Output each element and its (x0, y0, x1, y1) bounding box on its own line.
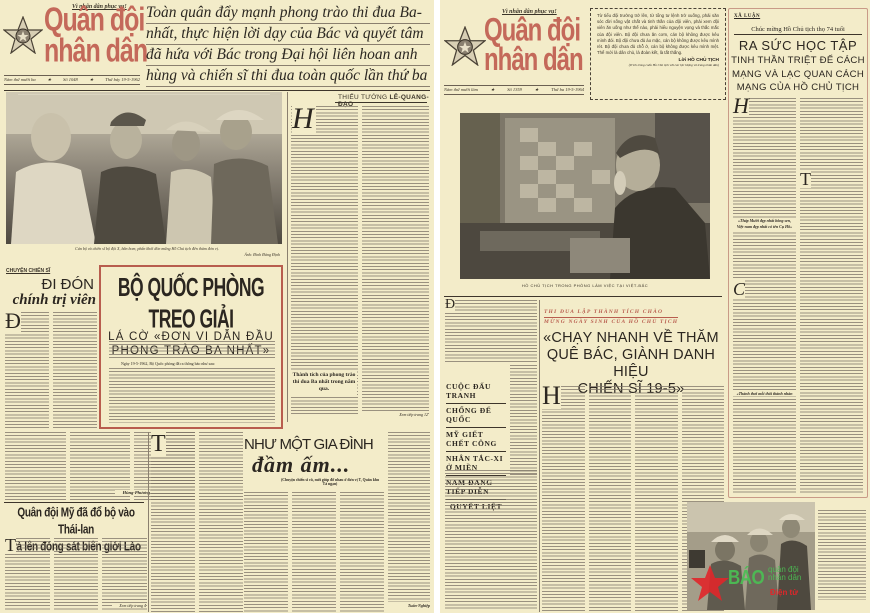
divider (4, 502, 144, 503)
feature-body (388, 432, 430, 602)
bottom-story-continued: Xem tiếp trang 4 (112, 603, 146, 608)
masthead-title-line2: nhân dân (484, 46, 583, 76)
watermark-subbrand: Điện tử (770, 588, 798, 597)
masthead-issue-number: Số 1359 (507, 87, 522, 93)
masthead-title-line2: nhân dân (44, 36, 147, 67)
masthead-dateline: Năm thứ mười ba ★ Số 1048 ★ Thứ bảy 19-5… (4, 75, 140, 85)
photo-credit: Ảnh: Đinh Đăng Định (140, 252, 280, 257)
lead-headline-line: Toàn quân đẩy mạnh phong trào thi đua Ba… (146, 3, 430, 24)
photo-ho-chi-minh-with-soldiers (6, 92, 282, 244)
editorial-headline-line2: TINH THẦN TRIỆT ĐỂ CÁCH (730, 54, 866, 68)
feature-body (151, 432, 243, 612)
editorial-label: XÃ LUẬN (734, 14, 760, 19)
announcement-body (109, 341, 275, 359)
editorial-kicker: Chúc mừng Hồ Chủ tịch thọ 74 tuổi (734, 26, 862, 35)
editorial-dropcap: H (733, 95, 749, 117)
editorial-dropcap: H (292, 104, 316, 134)
text-column (362, 106, 429, 416)
divider (4, 90, 430, 91)
column-divider (287, 92, 288, 422)
column-divider (148, 432, 149, 612)
masthead-year: Năm thứ mười ba (4, 77, 36, 83)
byline-rank: THIẾU TƯỚNG (338, 94, 387, 101)
center-story-headline-line2: QUÊ BÁC, GIÀNH DANH HIỆU (540, 347, 722, 381)
masthead-issue-number: Số 1048 (63, 77, 78, 83)
watermark-logo: BÁO quân đội nhân dân Điện tử (708, 560, 828, 608)
bottom-story-dropcap: T (5, 536, 16, 554)
column-story-dropcap: Đ (5, 310, 21, 332)
editorial-verse-2: «Thánh thơi mỗi thôi thánh nhàn (733, 391, 796, 396)
center-story-headline-line1: «CHẠY NHANH VỀ THĂM (540, 330, 722, 347)
masthead-dateline: Năm thứ mười lăm ★ Số 1359 ★ Thứ ba 19-5… (444, 85, 584, 95)
photo-ho-chi-minh-on-phone (460, 113, 710, 279)
editorial-dropcap-2: T (800, 170, 811, 188)
lead-headline-line: hùng và chiến sĩ thi đua toàn quốc lần t… (146, 66, 430, 87)
announcement-body (109, 368, 275, 423)
editorial-dropcap-3: C (733, 280, 745, 298)
editorial-verse: «Tháp Mười đẹp nhất bông sen, Việt-nam đ… (733, 218, 796, 230)
feature-title-line2: đầm ấm... (252, 452, 350, 478)
ho-chi-minh-quote-box: Từ tiểu đội trưởng trở lên, từ tổng tư l… (590, 8, 726, 100)
masthead-title: Quân đội nhân dân (484, 16, 583, 76)
center-story-dropcap: H (542, 383, 561, 409)
left-story-body (445, 300, 537, 362)
masthead-year: Năm thứ mười lăm (444, 87, 478, 93)
lead-headline-line: đã hứa với Bác trong Đại hội liên hoan a… (146, 45, 430, 66)
army-star-emblem-icon (3, 16, 43, 54)
editorial-headline-line4: MẠNG CỦA HỒ CHỦ TỊCH (730, 81, 866, 95)
watermark-brand: BÁO (728, 566, 764, 590)
masthead-date: Thứ bảy 19-5-1962 (105, 77, 140, 83)
photo-caption: Cán bộ và chiến sĩ bộ đội X, bắn bom, ph… (12, 246, 282, 251)
watermark-name: quân đội nhân dân (768, 566, 801, 582)
watermark-red-star-icon (690, 564, 730, 602)
left-story-dropcap: Đ (445, 298, 455, 312)
editorial-subhead: Thành tích của phong trào thi đua Ba nhấ… (291, 370, 357, 395)
newspaper-page-1962: Vì nhân dân phục vụ! Quân đội nhân dân N… (0, 0, 434, 613)
feature-dropcap: T (151, 432, 166, 456)
divider (444, 296, 722, 297)
bottom-story-headline-line1: Quân đội Mỹ đã đổ bộ vào Thái-lan (5, 505, 147, 539)
column-story-signature: Hùng-Phương (115, 490, 150, 495)
newspaper-page-1964: Vì nhân dân phục vụ! Quân đội nhân dân N… (440, 0, 870, 613)
announcement-title: BỘ QUỐC PHÒNG TREO GIẢI (101, 272, 281, 335)
feature-title-line1: NHƯ MỘT GIA ĐÌNH (244, 436, 384, 453)
feature-body (244, 492, 384, 612)
column-story-title-line2: chính trị viên (6, 292, 96, 309)
column-story-title-line1: ĐI ĐÓN (8, 276, 94, 293)
editorial-body (733, 98, 863, 494)
column-label: CHUYỆN CHIẾN SĨ (6, 268, 50, 274)
lead-headline: Toàn quân đẩy mạnh phong trào thi đua Ba… (146, 3, 430, 87)
announcement-date-line: Ngày 19-5-1962, Bộ Quốc phòng đã ra thôn… (121, 361, 215, 366)
divider (335, 102, 427, 103)
masthead-date: Thứ ba 19-5-1964 (551, 87, 584, 93)
editorial-continued: Xem tiếp trang 12 (362, 412, 428, 417)
bottom-story-body (5, 538, 147, 610)
editorial-headline: RA SỨC HỌC TẬP TINH THẦN TRIỆT ĐỂ CÁCH M… (730, 38, 866, 95)
photo-caption: HỒ CHỦ TỊCH TRONG PHÒNG LÀM VIỆC TẠI VIỆ… (460, 283, 710, 288)
feature-signature: Tuấn-Nghiệp (392, 603, 430, 608)
army-star-emblem-icon (444, 26, 486, 66)
editorial-headline-line1: RA SỨC HỌC TẬP (730, 38, 866, 54)
announcement-box: BỘ QUỐC PHÒNG TREO GIẢI LÁ CỜ «ĐƠN VỊ DẪ… (99, 265, 283, 429)
left-story-body (445, 470, 537, 610)
quote-source: (Trích trong cuốn Hồ Chủ tịch với các lự… (597, 63, 719, 67)
editorial-headline-line3: MẠNG VÀ LẠC QUAN CÁCH (730, 68, 866, 82)
left-story-body (510, 365, 537, 475)
quote-text: Từ tiểu đội trưởng trở lên, từ tổng tư l… (597, 13, 719, 56)
lead-headline-line: nhất, thực hiện lời dạy của Bác và quyết… (146, 24, 430, 45)
masthead-title: Quân đội nhân dân (44, 5, 147, 67)
feature-subtitle: (Chuyện chiến sĩ cũ, mới giúp đỡ nhau ở … (280, 478, 380, 486)
center-story-kicker: THI ĐUA LẬP THÀNH TÍCH CHÀO MỪNG NGÀY SI… (544, 308, 678, 327)
